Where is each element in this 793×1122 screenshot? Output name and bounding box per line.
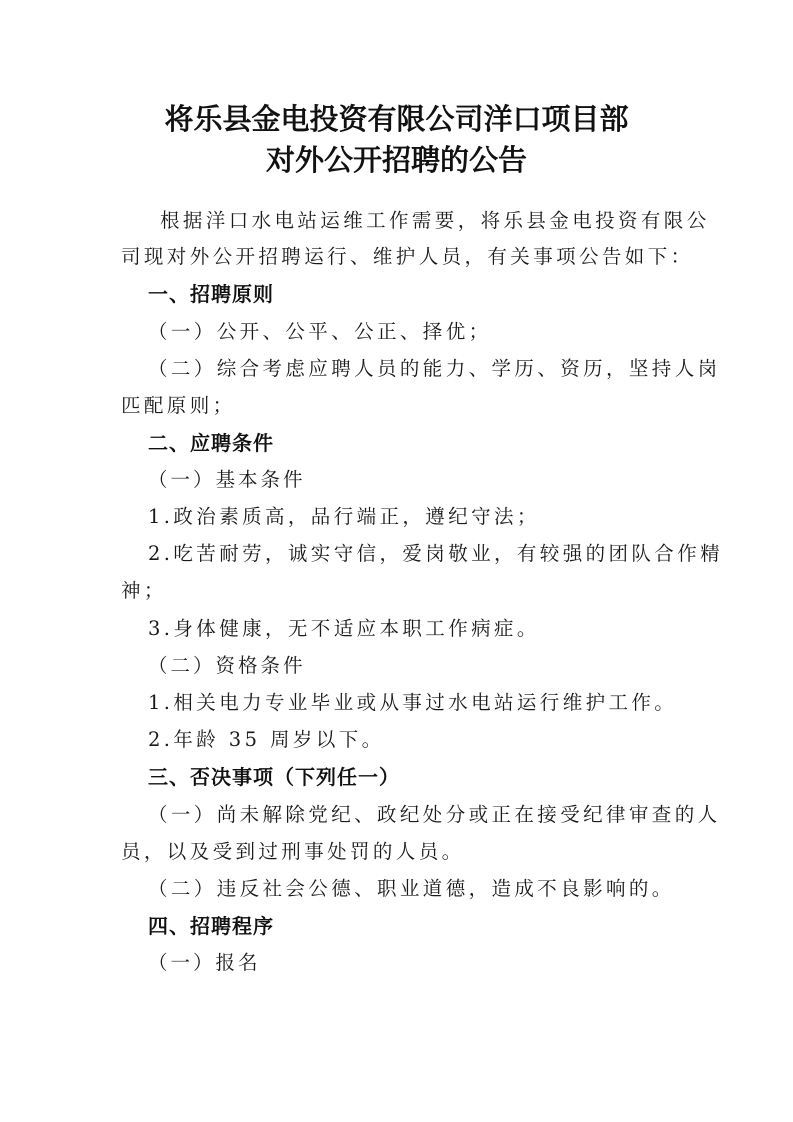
basic-item-1: 1.政治素质高，品行端正，遵纪守法； <box>148 501 540 529</box>
section-heading-disqualification: 三、否决事项（下列任一） <box>148 761 400 790</box>
basic-item-2: 2.吃苦耐劳，诚实守信，爱岗敬业，有较强的团队合作精 <box>148 538 723 566</box>
principle-item-1: （一）公开、公平、公正、择优； <box>148 316 492 344</box>
qualification-item-2: 2.年龄 35 周岁以下。 <box>148 724 385 752</box>
basic-item-2-cont: 神； <box>121 575 167 603</box>
disqualification-item-1: （一）尚未解除党纪、政纪处分或正在接受纪律审查的人 <box>148 799 721 827</box>
disqualification-item-1-cont: 员，以及受到过刑事处罚的人员。 <box>121 836 465 864</box>
subsection-heading-basic: （一）基本条件 <box>148 464 306 492</box>
intro-paragraph-line1: 根据洋口水电站运维工作需要，将乐县金电投资有限公 <box>160 205 710 233</box>
basic-item-3: 3.身体健康，无不适应本职工作病症。 <box>148 613 540 641</box>
qualification-item-1: 1.相关电力专业毕业或从事过水电站运行维护工作。 <box>148 687 677 715</box>
principle-item-2: （二）综合考虑应聘人员的能力、学历、资历，坚持人岗 <box>148 353 721 381</box>
principle-item-2-cont: 匹配原则； <box>121 390 236 418</box>
document-title-line1: 将乐县金电投资有限公司洋口项目部 <box>0 97 793 138</box>
section-heading-requirements: 二、应聘条件 <box>148 427 274 456</box>
section-heading-procedure: 四、招聘程序 <box>148 910 274 939</box>
section-heading-principles: 一、招聘原则 <box>148 278 274 307</box>
document-page: 将乐县金电投资有限公司洋口项目部 对外公开招聘的公告 根据洋口水电站运维工作需要… <box>0 0 793 1122</box>
disqualification-item-2: （二）违反社会公德、职业道德，造成不良影响的。 <box>148 873 675 901</box>
intro-paragraph-line2: 司现对外公开招聘运行、维护人员，有关事项公告如下： <box>121 241 694 269</box>
subsection-heading-qualification: （二）资格条件 <box>148 650 306 678</box>
document-title-line2: 对外公开招聘的公告 <box>0 138 793 179</box>
subsection-heading-registration: （一）报名 <box>148 947 261 975</box>
